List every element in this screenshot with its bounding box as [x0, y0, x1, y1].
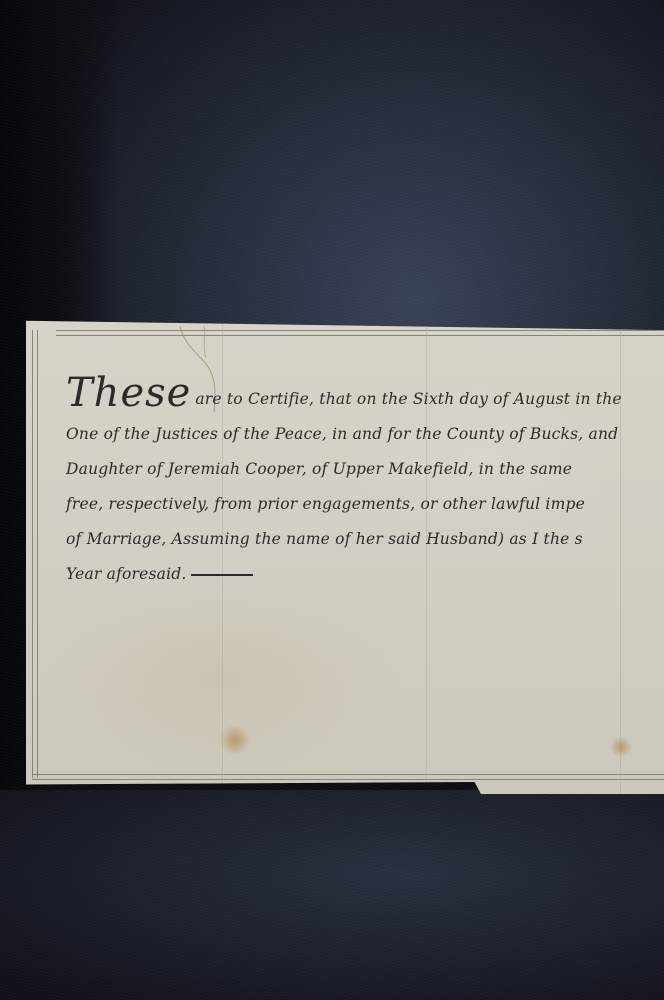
text-line: Theseare to Certifie, that on the Sixth … [66, 376, 664, 417]
text-line: Year aforesaid. [66, 557, 664, 592]
certificate-paper: Theseare to Certifie, that on the Sixth … [26, 316, 664, 794]
water-stain [610, 736, 632, 758]
border-rule-bottom [32, 774, 664, 780]
text-line: One of the Justices of the Peace, in and… [66, 417, 664, 452]
text-line: Daughter of Jeremiah Cooper, of Upper Ma… [66, 452, 664, 487]
border-rule-left [32, 330, 38, 778]
border-rule-top [56, 330, 664, 336]
leather-surface-bottom [0, 790, 664, 1000]
water-stain [218, 726, 252, 754]
handwritten-text: Theseare to Certifie, that on the Sixth … [66, 376, 664, 592]
decorative-initial-word: These [66, 370, 191, 416]
text-line: of Marriage, Assuming the name of her sa… [66, 522, 664, 557]
closing-flourish [191, 574, 253, 576]
text-line: free, respectively, from prior engagemen… [66, 487, 664, 522]
